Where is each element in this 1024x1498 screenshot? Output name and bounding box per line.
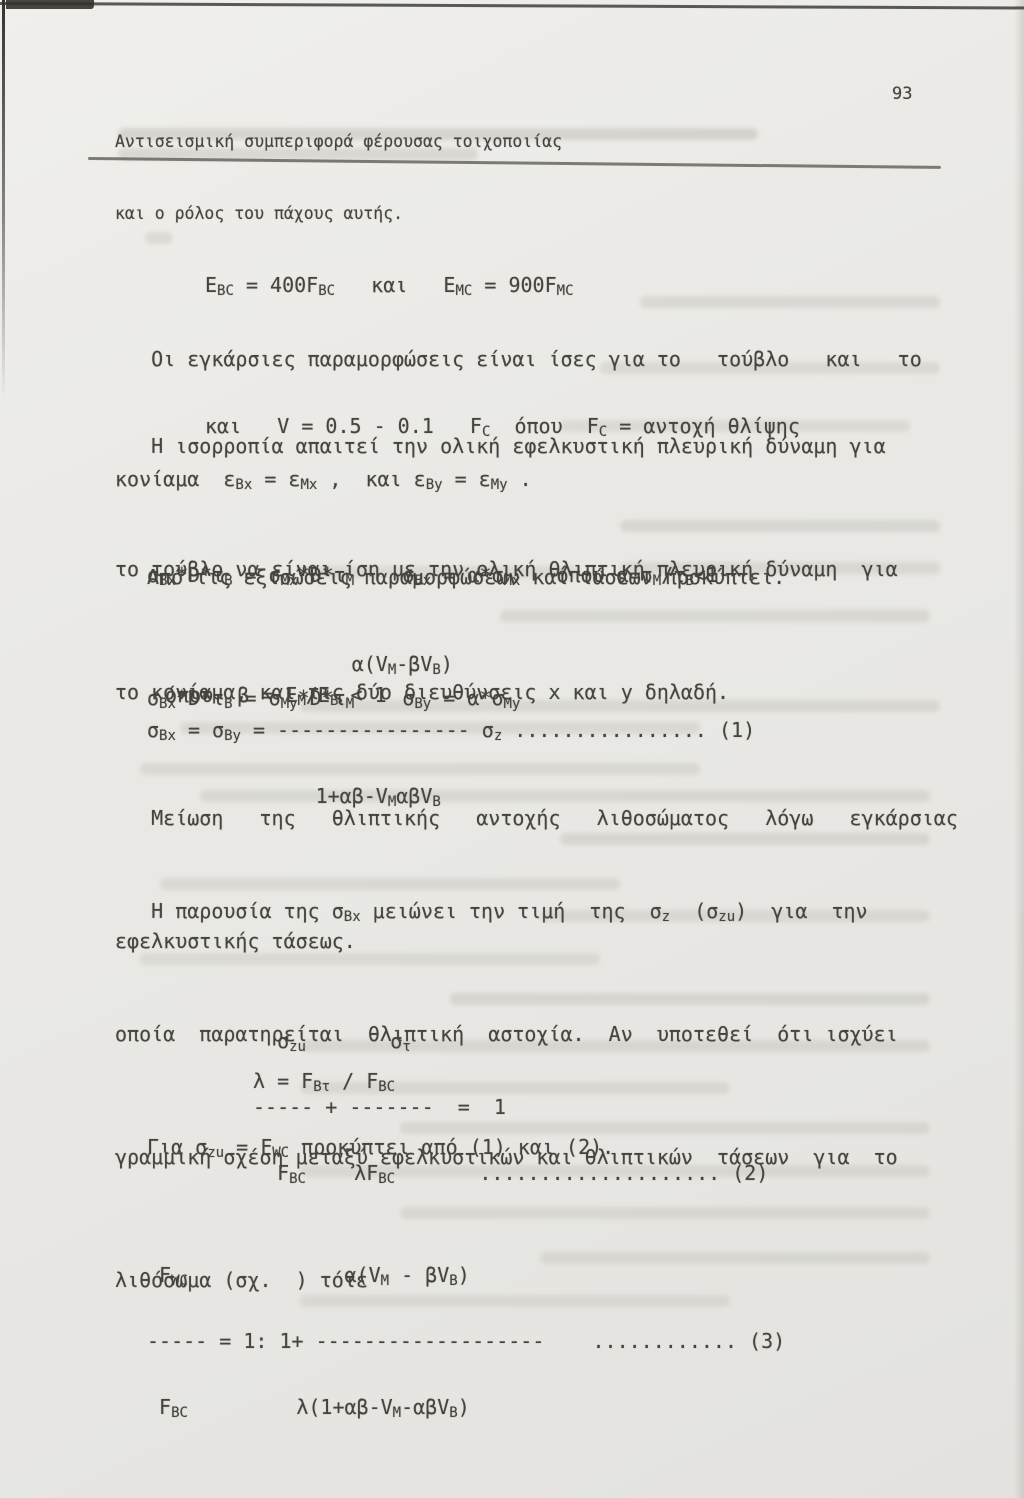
line-lambda-definition: λ = FBτ / FBC xyxy=(253,1069,395,1093)
scan-edge-top-corner xyxy=(6,0,94,9)
scan-edge-left xyxy=(2,0,5,400)
text-line: Η παρουσία της σBx μειώνει την τιμή της … xyxy=(115,891,898,932)
text-line: Η ισορροπία απαιτεί την ολική εφελκυστικ… xyxy=(115,426,898,467)
line-for-sigma-zu: Για σzu = FWC προκύπτει από (1) και (2). xyxy=(147,1135,614,1159)
equation-denominator: FBC λ(1+αβ-VM-αβVB) xyxy=(147,1396,785,1418)
equation-3: FWC α(VM - βVB) ----- = 1: 1+ ----------… xyxy=(147,1220,785,1462)
equation-numerator: FWC α(VM - βVB) xyxy=(147,1264,785,1286)
scan-edge-right xyxy=(1014,0,1024,1498)
equation-numerator: σzu στ xyxy=(253,1030,768,1052)
scan-edge-top xyxy=(0,2,1024,9)
page-number: 93 xyxy=(892,84,912,104)
line-from-equations: Από τις εξισώσεις παραμορφώσεων και τάσε… xyxy=(147,565,785,589)
equation-2: σzu στ ----- + ------- = 1 FBC λFBC ....… xyxy=(253,986,768,1228)
equation-numerator: α(VM-βVB) xyxy=(147,653,755,675)
line-beta-definition: όπου β = EM/EB < 1 xyxy=(165,683,387,707)
header-title-line: Αντισεισμική συμπεριφορά φέρουσας τοιχοπ… xyxy=(115,130,562,154)
scanned-page: Αντισεισμική συμπεριφορά φέρουσας τοιχοπ… xyxy=(0,0,1024,1498)
equation-line: ----- + ------- = 1 xyxy=(253,1096,768,1118)
equation-denominator: FBC λFBC .................... (2) xyxy=(253,1162,768,1184)
equation-line: ----- = 1: 1+ ------------------- ......… xyxy=(147,1330,785,1352)
